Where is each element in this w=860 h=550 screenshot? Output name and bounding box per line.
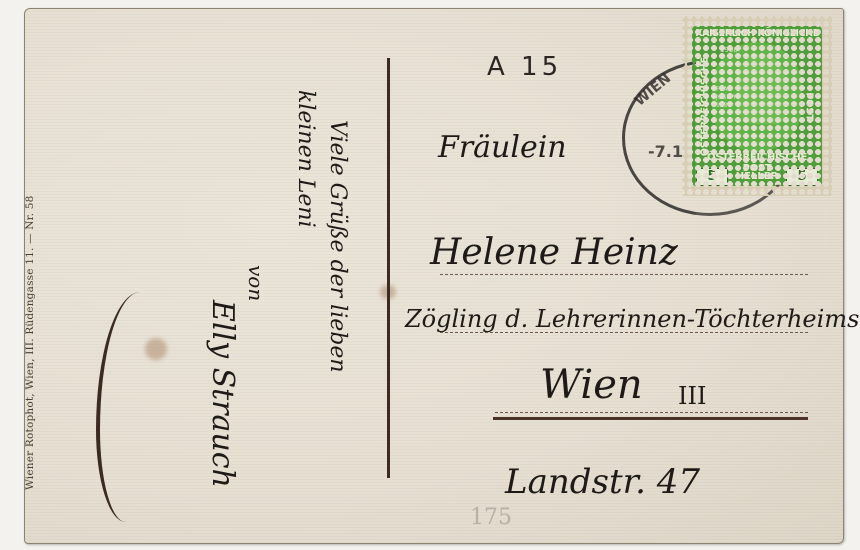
message-line-2: kleinen Leni <box>293 90 318 228</box>
stamp-portrait-legend: FRAN JOSEPH 1830 <box>716 86 738 110</box>
address-city: Wien <box>540 362 643 408</box>
archive-mark: A 15 <box>487 52 562 82</box>
stamp-text-left: ÖSTERREICHISCHE <box>700 52 711 162</box>
address-line-1 <box>440 274 808 275</box>
legend-line: FRAN <box>716 86 738 94</box>
message-line-1: Viele Grüße der lieben <box>325 120 350 373</box>
stamp-value-right: 5 <box>786 168 818 186</box>
signature: Elly Strauch <box>205 300 240 488</box>
address-name: Helene Heinz <box>430 232 678 273</box>
address-line2: Zögling d. Lehrerinnen-Töchterheims <box>405 305 859 333</box>
printer-imprint: Wiener Rotophot, Wien, III. Rüdengasse 1… <box>24 195 36 490</box>
stamp-face: KAISERLICH KÖNIGLICHE ÖSTERREICHISCHE PO… <box>692 26 822 186</box>
address-underline <box>493 417 808 420</box>
stamp-text-right: POST <box>804 52 815 162</box>
postage-stamp: KAISERLICH KÖNIGLICHE ÖSTERREICHISCHE PO… <box>682 16 832 196</box>
message-line-3: von <box>244 265 268 301</box>
address-line-2 <box>440 332 808 333</box>
stamp-denomination: HELLER <box>728 171 786 182</box>
stamp-text-top: KAISERLICH KÖNIGLICHE <box>692 28 822 39</box>
address-salutation: Fräulein <box>438 130 567 165</box>
address-line-3 <box>495 412 808 413</box>
address-street: Landstr. 47 <box>505 462 700 502</box>
legend-line: 1830 <box>716 102 738 110</box>
emperor-portrait-icon <box>737 54 785 124</box>
pencil-note: 175 <box>470 505 512 530</box>
stamp-year: 1908 <box>720 46 738 54</box>
message-address-divider <box>387 58 390 478</box>
postmark-date: -7.1 <box>648 142 683 161</box>
address-district: III <box>678 382 706 410</box>
legend-line: JOSEPH <box>716 94 738 102</box>
stamp-value-left: 5 <box>696 168 728 186</box>
